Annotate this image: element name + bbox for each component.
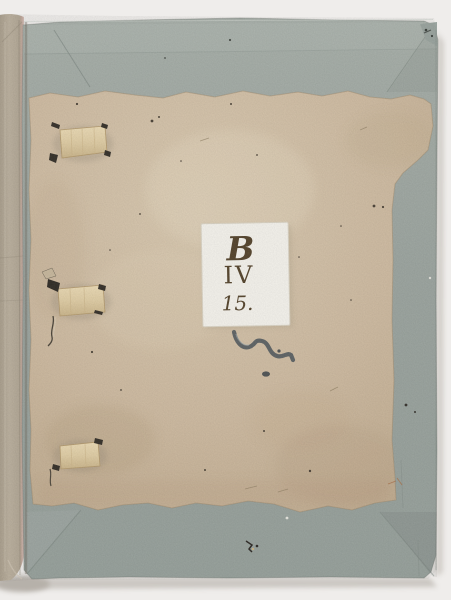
paper-grain bbox=[0, 10, 445, 590]
photo-stage: B IV 15. bbox=[0, 0, 451, 600]
photo-canvas: B IV 15. bbox=[0, 0, 451, 600]
